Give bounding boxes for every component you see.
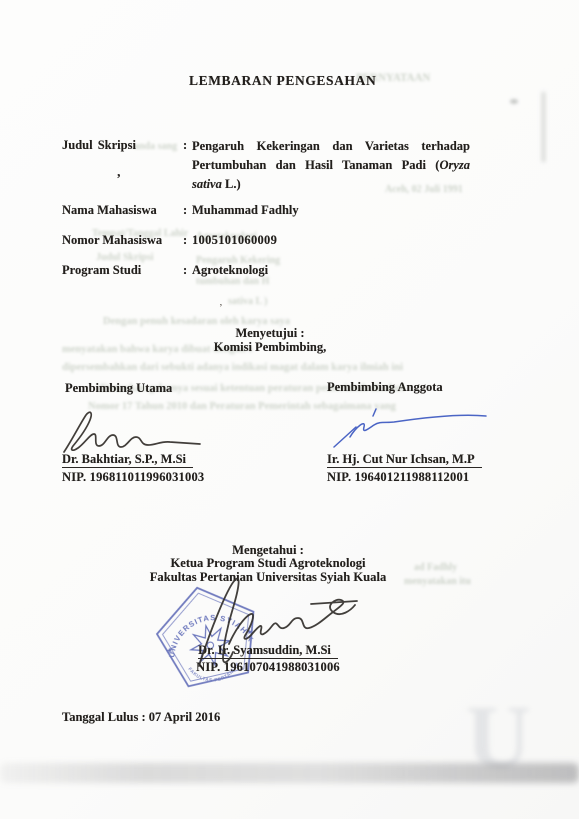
scanned-document-page: PERNYATAANanda sangAceh, 02 Juli 1991Tem… (0, 0, 579, 819)
supervisor-left-nip: NIP. 196811011996031003 (62, 470, 204, 485)
role-pembimbing-anggota: Pembimbing Anggota (327, 380, 443, 395)
tanggal-lulus: Tanggal Lulus : 07 April 2016 (62, 710, 220, 725)
field-colon: : (183, 233, 187, 248)
field-label-prodi: Program Studi (62, 263, 141, 278)
field-colon: : (183, 203, 187, 218)
ketua-prodi-line: Ketua Program Studi Agroteknologi (98, 557, 438, 570)
field-label-nomor: Nomor Mahasiswa (62, 233, 162, 248)
role-pembimbing-utama: Pembimbing Utama (65, 381, 172, 396)
signature-syamsuddin (183, 572, 363, 672)
judul-text-main: Pengaruh Kekeringan dan Varietas terhada… (192, 139, 470, 172)
supervisor-right-nip: NIP. 196401211988112001 (327, 470, 482, 485)
judul-text-tail: L.) (222, 177, 241, 191)
stray-tick-mark: ’ (219, 302, 223, 314)
mengetahui-line: Mengetahui : (98, 544, 438, 557)
signature-cut-nur-ichsan (316, 403, 494, 451)
stray-comma-mark: , (117, 165, 121, 181)
field-colon: : (183, 138, 187, 153)
signature-bakhtiar (60, 406, 205, 458)
field-value-prodi: Agroteknologi (192, 263, 268, 278)
menyetujui-line: Menyetujui : (150, 326, 390, 340)
field-value-nama: Muhammad Fadhly (192, 203, 299, 218)
field-label-nama: Nama Mahasiswa (62, 203, 157, 218)
field-value-judul-skripsi: Pengaruh Kekeringan dan Varietas terhada… (192, 137, 470, 193)
page-title: LEMBARAN PENGESAHAN (189, 73, 376, 89)
field-value-nomor: 1005101060009 (192, 233, 277, 248)
supervisor-right-block: Ir. Hj. Cut Nur Ichsan, M.P NIP. 1964012… (327, 452, 482, 485)
field-label-judul-skripsi: Judul Skripsi (62, 138, 136, 153)
supervisor-right-name: Ir. Hj. Cut Nur Ichsan, M.P (327, 452, 482, 468)
approval-heading: Menyetujui : Komisi Pembimbing, (150, 326, 390, 354)
komisi-line: Komisi Pembimbing, (150, 340, 390, 354)
field-colon: : (183, 263, 187, 278)
